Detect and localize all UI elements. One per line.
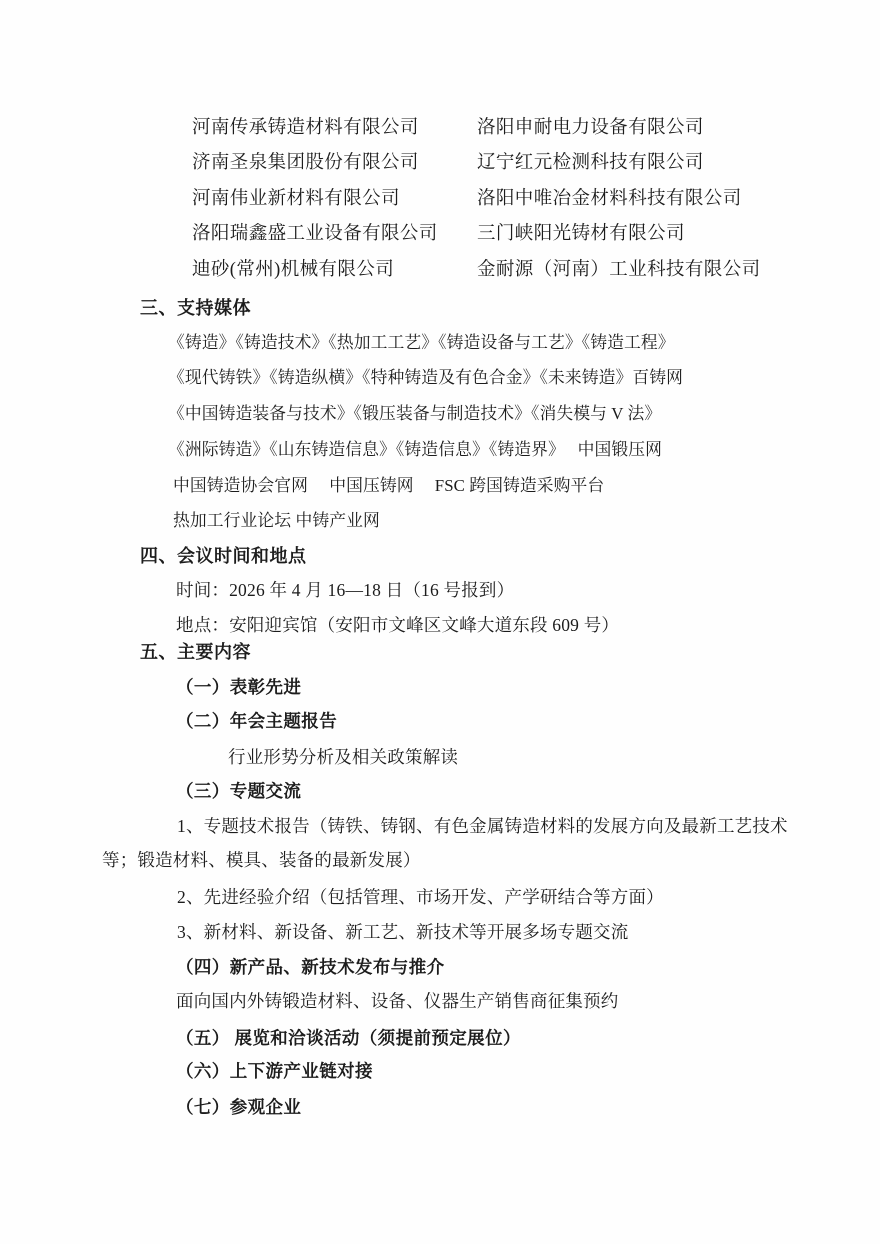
meeting-place-line: 地点：安阳迎宾馆（安阳市文峰区文峰大道东段 609 号） — [176, 614, 619, 636]
content-item-4-detail: 面向国内外铸锻造材料、设备、仪器生产销售商征集预约 — [176, 990, 619, 1012]
company-name: 三门峡阳光铸材有限公司 — [477, 223, 685, 245]
content-item-6: （六）上下游产业链对接 — [176, 1060, 373, 1082]
company-name: 金耐源（河南）工业科技有限公司 — [477, 259, 761, 281]
company-name: 河南伟业新材料有限公司 — [192, 188, 400, 210]
company-name: 洛阳申耐电力设备有限公司 — [477, 117, 704, 139]
media-list-line: 《现代铸铁》《铸造纵横》《特种铸造及有色合金》《未来铸造》百铸网 — [168, 367, 683, 389]
meeting-time-line: 时间：2026 年 4 月 16—18 日（16 号报到） — [176, 579, 514, 601]
section-heading-venue: 四、会议时间和地点 — [140, 545, 307, 567]
media-list-line: 《中国铸造装备与技术》《锻压装备与制造技术》《消失模与 V 法》 — [168, 403, 661, 425]
content-item-2: （二）年会主题报告 — [176, 710, 337, 732]
content-item-5: （五） 展览和洽谈活动（须提前预定展位） — [176, 1027, 521, 1049]
content-item-1: （一）表彰先进 — [176, 676, 301, 698]
company-name: 辽宁红元检测科技有限公司 — [477, 152, 704, 174]
company-name: 洛阳瑞鑫盛工业设备有限公司 — [192, 223, 438, 245]
content-item-3-point-1-line-2: 等；锻造材料、模具、装备的最新发展） — [102, 849, 421, 871]
content-item-3-point-3: 3、新材料、新设备、新工艺、新技术等开展多场专题交流 — [177, 921, 628, 943]
media-list-line: 《铸造》《铸造技术》《热加工工艺》《铸造设备与工艺》《铸造工程》 — [168, 332, 675, 354]
media-list-line: 中国铸造协会官网 中国压铸网 FSC 跨国铸造采购平台 — [173, 475, 604, 497]
company-name: 济南圣泉集团股份有限公司 — [192, 152, 419, 174]
media-list-line: 热加工行业论坛 中铸产业网 — [173, 510, 380, 532]
content-item-4: （四）新产品、新技术发布与推介 — [176, 956, 445, 978]
content-item-3-point-1-line-1: 1、专题技术报告（铸铁、铸钢、有色金属铸造材料的发展方向及最新工艺技术 — [177, 815, 788, 837]
media-list-line: 《洲际铸造》《山东铸造信息》《铸造信息》《铸造界》 中国锻压网 — [168, 439, 662, 461]
company-name: 迪砂(常州)机械有限公司 — [192, 259, 394, 281]
company-name: 洛阳中唯冶金材料科技有限公司 — [477, 188, 742, 210]
content-item-3-point-2: 2、先进经验介绍（包括管理、市场开发、产学研结合等方面） — [177, 886, 664, 908]
section-heading-content: 五、主要内容 — [140, 641, 251, 663]
content-item-2-detail: 行业形势分析及相关政策解读 — [228, 746, 458, 768]
section-heading-media: 三、支持媒体 — [140, 297, 251, 319]
content-item-3: （三）专题交流 — [176, 780, 301, 802]
company-name: 河南传承铸造材料有限公司 — [192, 117, 419, 139]
document-page: 河南传承铸造材料有限公司 洛阳申耐电力设备有限公司 济南圣泉集团股份有限公司 辽… — [0, 0, 880, 1244]
content-item-7: （七）参观企业 — [176, 1096, 301, 1118]
